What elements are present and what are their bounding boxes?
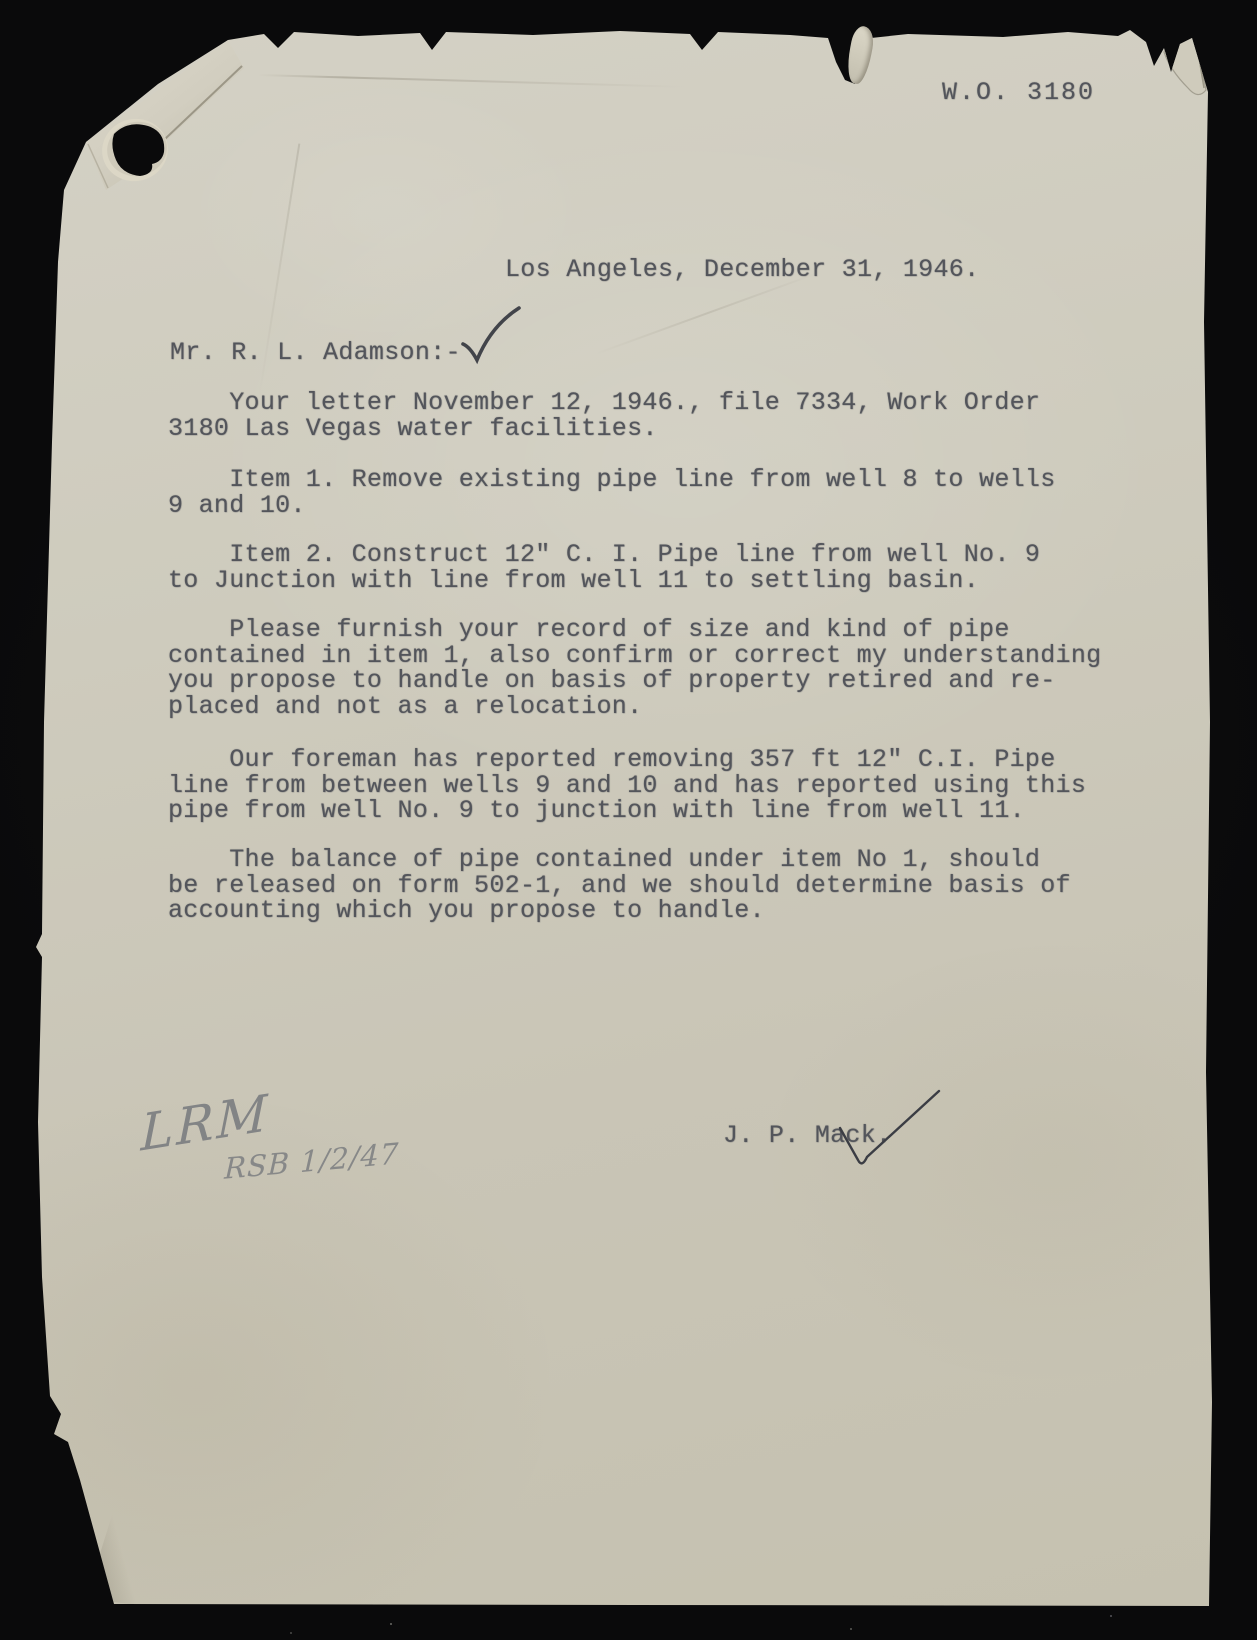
letter-paper: W.O. 3180 Los Angeles, December 31, 1946…	[28, 22, 1222, 1606]
paragraph-foreman-report: Our foreman has reported removing 357 ft…	[168, 747, 1086, 824]
paragraph-item-1: Item 1. Remove existing pipe line from w…	[168, 467, 1056, 518]
dateline: Los Angeles, December 31, 1946.	[505, 257, 979, 283]
corner-shadow	[86, 1512, 146, 1606]
curled-corner	[1150, 28, 1220, 108]
salutation: Mr. R. L. Adamson:-	[170, 340, 461, 366]
paper-crease	[258, 74, 688, 88]
paragraph-reference: Your letter November 12, 1946., file 733…	[168, 390, 1040, 441]
signature-strikethrough	[818, 1080, 953, 1185]
work-order-number: W.O. 3180	[942, 80, 1095, 106]
paragraph-request: Please furnish your record of size and k…	[168, 617, 1101, 719]
dust-specks	[390, 1623, 392, 1625]
paragraph-balance: The balance of pipe contained under item…	[168, 847, 1071, 924]
paragraph-item-2: Item 2. Construct 12" C. I. Pipe line fr…	[168, 542, 1040, 593]
handwritten-checkmark-icon	[455, 302, 527, 370]
folded-corner	[28, 22, 278, 222]
scan-background: W.O. 3180 Los Angeles, December 31, 1946…	[0, 0, 1257, 1640]
